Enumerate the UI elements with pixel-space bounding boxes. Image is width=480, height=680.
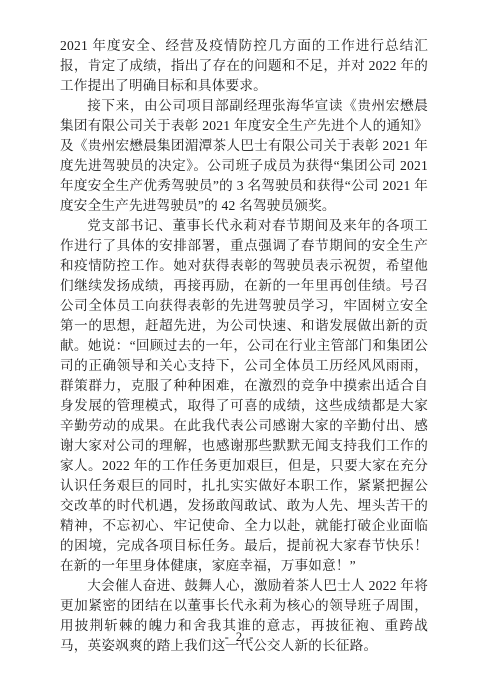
page-number: - 2 -	[0, 630, 480, 645]
document-body: 2021 年度安全、经营及疫情防控几方面的工作进行总结汇报，肯定了成绩，指出了存…	[60, 36, 428, 656]
paragraph-continuation: 2021 年度安全、经营及疫情防控几方面的工作进行总结汇报，肯定了成绩，指出了存…	[60, 36, 428, 96]
paragraph-commendation-announcement: 接下来，由公司项目部副经理张海华宣读《贵州宏懋晨集团有限公司关于表彰 2021 …	[60, 96, 428, 216]
paragraph-chairman-speech: 党支部书记、董事长代永莉对春节期间及来年的各项工作进行了具体的安排部署，重点强调…	[60, 216, 428, 576]
document-page: 2021 年度安全、经营及疫情防控几方面的工作进行总结汇报，肯定了成绩，指出了存…	[60, 36, 428, 656]
